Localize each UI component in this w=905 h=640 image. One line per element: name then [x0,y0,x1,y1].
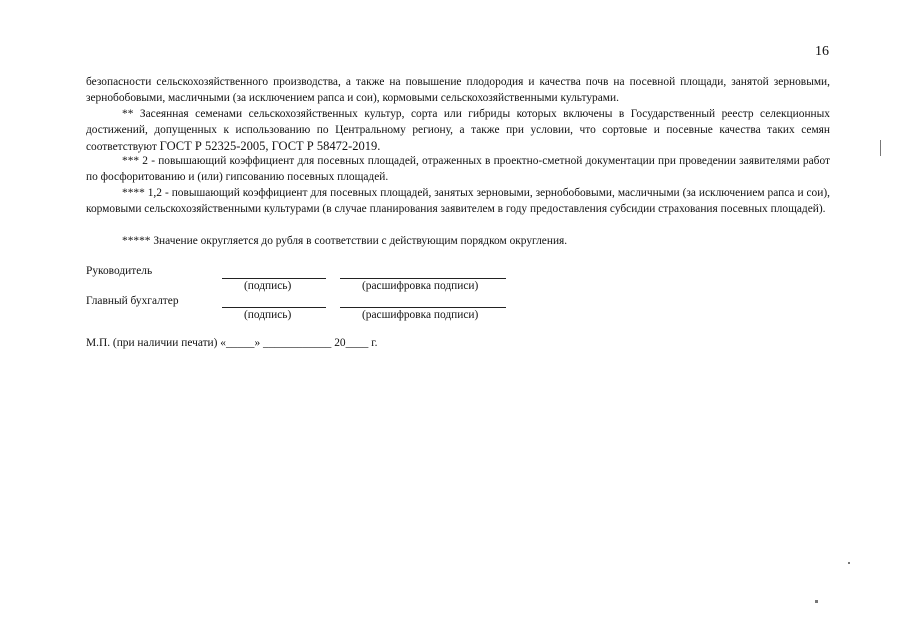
stamp-date-line: М.П. (при наличии печати) «_____» ______… [86,337,377,349]
signature-role-chief-accountant: Главный бухгалтер [86,295,179,307]
signature-caption: (подпись) [244,309,291,321]
footnote-2: ** Засеянная семенами сельскохозяйственн… [86,106,830,155]
footnote-4: **** 1,2 - повышающий коэффициент для по… [86,185,830,217]
footnote-3: *** 2 - повышающий коэффициент для посев… [86,153,830,185]
signature-line[interactable] [222,307,326,308]
paragraph-continuation: безопасности сельскохозяйственного произ… [86,74,830,106]
signature-decode-line[interactable] [340,278,506,279]
signature-decode-line[interactable] [340,307,506,308]
gost-reference: ГОСТ Р 52325-2005, ГОСТ Р 58472-2019. [160,139,381,153]
signature-line[interactable] [222,278,326,279]
scan-artifact [880,140,881,156]
signature-caption: (подпись) [244,280,291,292]
signature-role-director: Руководитель [86,265,152,277]
signature-decode-caption: (расшифровка подписи) [362,280,478,292]
footnote-5: ***** Значение округляется до рубля в со… [86,233,830,249]
signature-decode-caption: (расшифровка подписи) [362,309,478,321]
page-number: 16 [815,44,829,60]
scan-artifact [848,562,850,564]
scan-artifact [815,600,818,603]
